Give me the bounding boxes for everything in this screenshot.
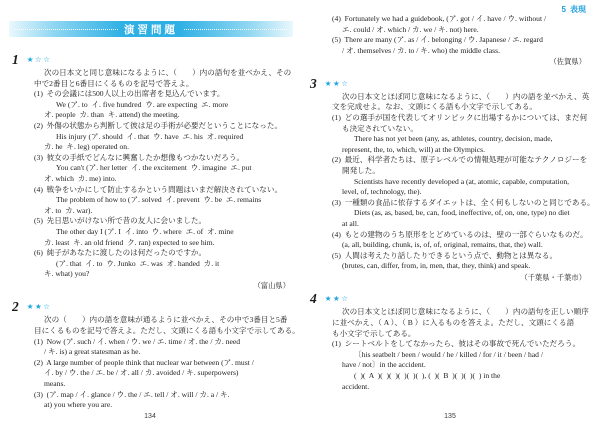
- text-line: カ. he キ. leg) operated on.: [34, 142, 292, 153]
- left-page-content: 1★☆☆次の日本文と同じ意味になるように、（ ）内の語句を並べかえ、その中で2番…: [34, 54, 292, 411]
- text-line: オ. people カ. than キ. attend) the meeting…: [34, 110, 292, 121]
- text-line: (5) 先日思いがけない所で昔の友人に会いました。: [34, 216, 292, 227]
- text-line: (6) 純子があなたに渡したのは何だったのですか。: [34, 248, 292, 259]
- textbook-spread: 演習問題 1★☆☆次の日本文と同じ意味になるように、（ ）内の語句を並べかえ、そ…: [0, 0, 600, 425]
- source-attribution: （富山県）: [34, 280, 292, 292]
- chapter-number: 5: [562, 5, 566, 14]
- text-line: The other day I (ア. I イ. into ウ. where エ…: [34, 227, 292, 238]
- text-line: 次の日本文とほぼ同じ意味になるように、（ ）内の語句を正しい順序: [332, 307, 588, 318]
- text-line: 開発した。: [332, 166, 588, 177]
- banner-dotted-line-left: [15, 29, 118, 30]
- text-line: 次の日本文と同じ意味になるように、（ ）内の語句を並べかえ、その: [34, 68, 292, 79]
- text-line: (3) 彼女の手紙でどんなに興奮したか想像もつかないだろう。: [34, 153, 292, 164]
- text-line: 中で2番目と6番目にくるものを記号で答えよ。: [34, 79, 292, 90]
- text-line: カ. least キ. an old friend ク. ran) expect…: [34, 238, 292, 249]
- text-line: (1) Now (ア. such / イ. when / ウ. we / エ. …: [34, 337, 292, 348]
- text-line: (2) A large number of people think that …: [34, 358, 292, 369]
- text-line: (4) Fortunately we had a guidebook, (ア. …: [332, 14, 588, 25]
- text-line: (4) もとの建物のうち原形をとどめているのは、壁の一部ぐらいなものだ。: [332, 230, 588, 241]
- text-line: ( )( A )( )( )( )( )( ), ( )( B )( )( )(…: [332, 371, 588, 382]
- text-line: means.: [34, 379, 292, 390]
- text-line: Scientists have recently developed a (at…: [332, 177, 588, 188]
- text-line: (2) 外傷の状態から判断して彼は足の手術が必要だということになった。: [34, 121, 292, 132]
- difficulty-stars: ★☆☆: [27, 55, 52, 65]
- text-line: 次の日本文とほぼ同じ意味になるように、（ ）内の語を並べかえ、英: [332, 92, 588, 103]
- text-line: (ア. that イ. to ウ. Junko エ. was オ. handed…: [34, 259, 292, 270]
- text-line: (5) 人間は考えたり話したりできるという点で、動物とは異なる。: [332, 251, 588, 262]
- text-line: も決定されていない。: [332, 124, 588, 135]
- text-line: His injury (ア. should イ. that ウ. have エ.…: [34, 132, 292, 143]
- problem-number: 1: [12, 54, 19, 65]
- text-line: (1) シートベルトをしてなかったら、彼はその事故で死んでいただろう。: [332, 339, 588, 350]
- text-line: 文を完成せよ。なお、文頭にくる語も小文字で示してある。: [332, 102, 588, 113]
- source-attribution: （千葉県・千葉市）: [332, 272, 588, 284]
- text-line: at all.: [332, 219, 588, 230]
- text-line: (3) 一種類の食品に依存するダイエットは、全く何もしないのと同じである。: [332, 198, 588, 209]
- text-line: (1) どの選手が国を代表してオリンピックに出場するかについては、まだ何: [332, 113, 588, 124]
- difficulty-stars: ★★☆: [27, 302, 52, 312]
- text-line: (4) 戦争をいかにして防止するかという問題はいまだ解決されていない。: [34, 185, 292, 196]
- text-line: You can't (ア. her letter イ. the exciteme…: [34, 163, 292, 174]
- text-line: (3) (ア. map / イ. glance / ウ. the / エ. te…: [34, 390, 292, 401]
- problem-number: 2: [12, 301, 19, 312]
- right-page: 5表現 (4) Fortunately we had a guidebook, …: [300, 0, 600, 425]
- banner-dotted-line-right: [184, 29, 287, 30]
- page-number-right: 135: [300, 413, 600, 420]
- text-line: The problem of how to (ア. solved イ. prev…: [34, 195, 292, 206]
- problem-number: 3: [310, 78, 317, 89]
- text-line: 目にくるものを記号で答えよ。ただし、文頭にくる語も小文字で示してある。: [34, 326, 292, 337]
- difficulty-stars: ★★☆: [325, 79, 350, 89]
- text-line: at) you where you are.: [34, 400, 292, 411]
- page-number-left: 134: [0, 413, 300, 420]
- text-line: イ. by / ウ. the / エ. be / オ. all / カ. avo…: [34, 368, 292, 379]
- problem-header: 4★★☆: [310, 293, 588, 304]
- difficulty-stars: ★★☆: [325, 294, 350, 304]
- text-line: (5) There are many (ア. as / イ. belonging…: [332, 35, 588, 46]
- exercise-section-banner: 演習問題: [9, 21, 293, 37]
- problem-header: 1★☆☆: [12, 54, 292, 65]
- text-line: オ. to カ. war).: [34, 206, 292, 217]
- text-line: も小文字で示してある。: [332, 329, 588, 340]
- text-line: (brutes, can, differ, from, in, men, tha…: [332, 261, 588, 272]
- text-line: キ. what) you?: [34, 269, 292, 280]
- text-line: エ. could / オ. which / カ. we / キ. not) he…: [332, 25, 588, 36]
- exercise-section-title: 演習問題: [124, 22, 178, 37]
- text-line: (a, all, building, chunk, is, of, of, or…: [332, 240, 588, 251]
- text-line: オ. which カ. me) into.: [34, 174, 292, 185]
- text-line: に並べかえ、（ A ）、（ B ）に入るものを答えよ。ただし、文頭にくる語: [332, 318, 588, 329]
- text-line: 〔his seatbelt / been / would / he / kill…: [332, 350, 588, 361]
- problem-number: 4: [310, 293, 317, 304]
- text-line: / キ. is) a great statesman as he.: [34, 347, 292, 358]
- chapter-header: 5表現: [562, 4, 586, 15]
- chapter-title: 表現: [570, 5, 586, 14]
- text-line: Diets (as, as, based, be, can, food, ine…: [332, 208, 588, 219]
- right-page-content: (4) Fortunately we had a guidebook, (ア. …: [332, 14, 588, 392]
- problem-header: 3★★☆: [310, 78, 588, 89]
- text-line: represent, the, to, which, will) at the …: [332, 145, 588, 156]
- text-line: level, of, technology, the).: [332, 187, 588, 198]
- left-page: 演習問題 1★☆☆次の日本文と同じ意味になるように、（ ）内の語句を並べかえ、そ…: [0, 0, 300, 425]
- problem-header: 2★★☆: [12, 301, 292, 312]
- source-attribution: （佐賀県）: [332, 56, 588, 68]
- text-line: 次の（ ）内の語を意味が通るように並べかえ、その中で3番目と5番: [34, 315, 292, 326]
- text-line: / オ. themselves / カ. to / キ. who) the mi…: [332, 46, 588, 57]
- text-line: There has not yet been (any, as, athlete…: [332, 134, 588, 145]
- text-line: accident.: [332, 382, 588, 393]
- text-line: We (ア. to イ. five hundred ウ. are expecti…: [34, 100, 292, 111]
- text-line: have / not〕in the accident.: [332, 360, 588, 371]
- text-line: (2) 最近、科学者たちは、原子レベルでの情報処理が可能なテクノロジーを: [332, 155, 588, 166]
- text-line: (1) その会議には500人以上の出席者を見込んでいます。: [34, 89, 292, 100]
